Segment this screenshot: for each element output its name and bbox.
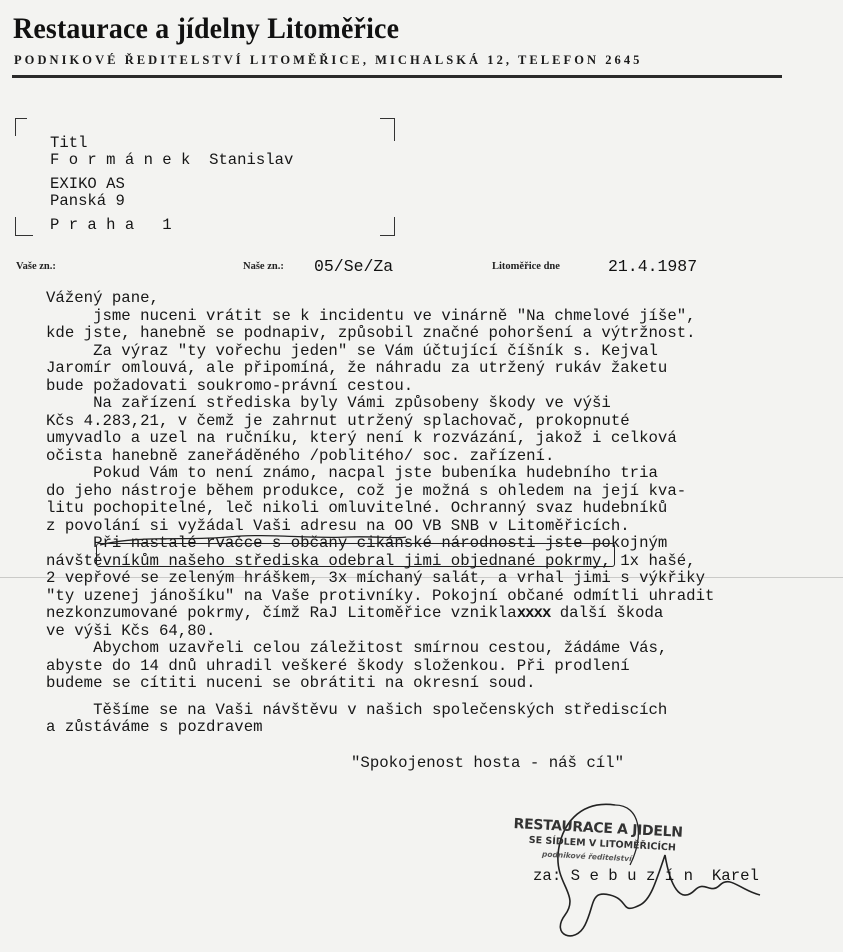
body-line: Těšíme se na Vaši návštěvu v našich spol… (46, 702, 714, 720)
body-line: Pokud Vám to není známo, nacpal jste bub… (46, 465, 714, 483)
letter-page: Restaurace a jídelny Litoměřice PODNIKOV… (0, 0, 843, 952)
recipient-street: Panská 9 (50, 193, 293, 210)
recipient-title: Titl (50, 135, 293, 152)
struck-text: xxxx (517, 604, 551, 622)
your-ref-label: Vaše zn.: (16, 261, 56, 272)
motto: "Spokojenost hosta - náš cíl" (46, 755, 714, 773)
handwritten-underline (98, 531, 408, 551)
body-line: bude požadovati soukromo-právní cestou. (46, 378, 714, 396)
body-line: Abychom uzavřeli celou záležitost smírno… (46, 640, 714, 658)
letterhead-subtitle: PODNIKOVÉ ŘEDITELSTVÍ LITOMĚŘICE, MICHAL… (14, 53, 642, 68)
body-line: Za výraz "ty vořechu jeden" se Vám účtuj… (46, 343, 714, 361)
company-stamp: RESTAURACE A JIDELN SE SÍDLEM V LITOMĚŘI… (512, 816, 683, 866)
body-line: "ty uzenej jánošíku" na Vaše protivníky.… (46, 588, 714, 606)
body-line: ve výši Kčs 64,80. (46, 623, 714, 641)
body-line: umyvadlo a uzel na ručníku, který není k… (46, 430, 714, 448)
body-line: do jeho nástroje během produkce, což je … (46, 483, 714, 501)
body-line: abyste do 14 dnů uhradil veškeré škody s… (46, 658, 714, 676)
body-line: jsme nuceni vrátit se k incidentu ve vin… (46, 308, 714, 326)
body-line: a zůstáváme s pozdravem (46, 719, 714, 737)
signatory: za: S e b u z í n Karel (533, 867, 759, 885)
address-corner-mark (380, 217, 395, 236)
date-label: Litoměřice dne (492, 261, 560, 272)
recipient-company: EXIKO AS (50, 176, 293, 193)
body-line: budeme se cítiti nuceni se obrátiti na o… (46, 675, 714, 693)
body-line: 2 vepřové se zeleným hráškem, 3x míchaný… (46, 570, 714, 588)
body-line: kde jste, hanebně se podnapiv, způsobil … (46, 325, 714, 343)
address-corner-mark (380, 118, 395, 141)
body-line: Jaromír omlouvá, ale připomíná, že náhra… (46, 360, 714, 378)
salutation: Vážený pane, (46, 290, 714, 308)
address-corner-mark (15, 118, 27, 136)
letterhead-rule (12, 75, 782, 78)
address-corner-mark (15, 217, 33, 236)
body-line: litu pochopitelné, leč nikoli omluviteln… (46, 500, 714, 518)
body-line-damage: nezkonzumované pokrmy, čímž RaJ Litoměři… (46, 605, 714, 623)
fold-line (0, 577, 843, 578)
date-value: 21.4.1987 (608, 257, 697, 276)
body-line: Na zařízení střediska byly Vámi způsoben… (46, 395, 714, 413)
our-ref-label: Naše zn.: (243, 261, 284, 272)
recipient-address: Titl F o r m á n e k Stanislav EXIKO AS … (50, 135, 293, 234)
recipient-name: F o r m á n e k Stanislav (50, 152, 293, 169)
body-line: očista hanebně zaneřáděného /poblitého/ … (46, 448, 714, 466)
letterhead-title: Restaurace a jídelny Litoměřice (13, 12, 399, 46)
body-line: Kčs 4.283,21, v čemž je zahrnut utržený … (46, 413, 714, 431)
reference-row: Vaše zn.: Naše zn.: 05/Se/Za Litoměřice … (0, 257, 843, 281)
recipient-city: P r a h a 1 (50, 217, 293, 234)
our-ref-value: 05/Se/Za (314, 257, 393, 276)
